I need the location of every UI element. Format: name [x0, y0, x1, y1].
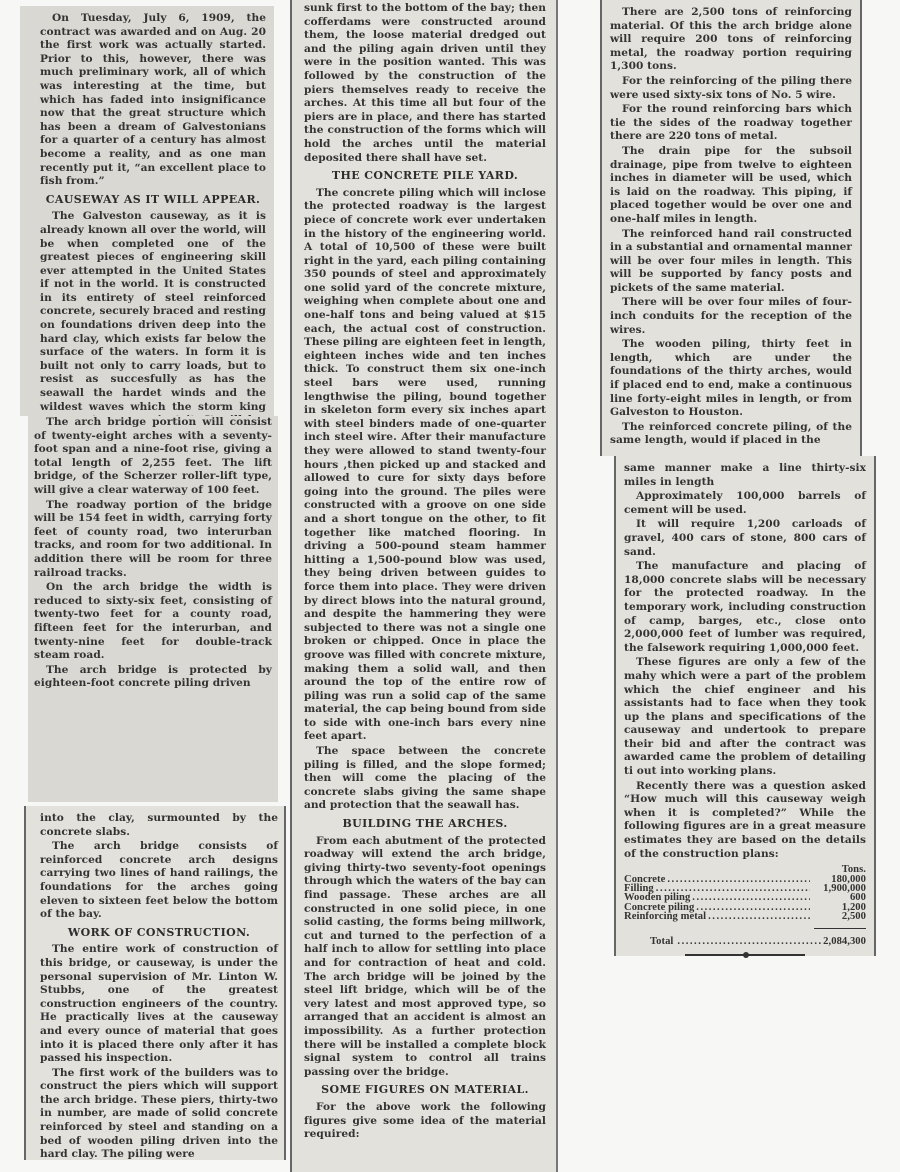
weight-table-total-row: Total ..................................…	[624, 935, 866, 948]
paragraph: The first work of the builders was to co…	[40, 1067, 278, 1162]
end-of-article-rule	[685, 954, 805, 956]
column-2-clipping: sunk first to the bottom of the bay; the…	[290, 0, 558, 1172]
paragraph: The arch bridge portion will consist of …	[34, 416, 272, 498]
material-tons: 2,500	[810, 912, 866, 921]
paragraph: Approximately 100,000 barrels of cement …	[624, 490, 866, 517]
total-value: 2,084,300	[823, 935, 866, 948]
material-label: Reinforcing metal	[624, 912, 706, 921]
paragraph: into the clay, surmounted by the concret…	[40, 812, 278, 839]
column-1-clipping-a: On Tuesday, July 6, 1909, the contract w…	[20, 6, 274, 416]
paragraph: same manner make a line thirty-six miles…	[624, 462, 866, 489]
section-heading: SOME FIGURES ON MATERIAL.	[304, 1083, 546, 1097]
paragraph: The concrete piling which will inclose t…	[304, 187, 546, 744]
paragraph: For the round reinforcing bars which tie…	[610, 103, 852, 144]
paragraph: The space between the concrete piling is…	[304, 745, 546, 813]
leader-dots: ........................................…	[694, 903, 810, 912]
column-1-clipping-c: into the clay, surmounted by the concret…	[24, 806, 286, 1160]
weight-table-row: Reinforcing metal.......................…	[624, 912, 866, 921]
paragraph: The manufacture and placing of 18,000 co…	[624, 560, 866, 655]
paragraph: Recently there was a question asked “How…	[624, 780, 866, 862]
column-3-clipping-a: There are 2,500 tons of reinforcing mate…	[600, 0, 862, 456]
leader-dots: ........................................…	[665, 875, 810, 884]
weight-table-rows: Concrete................................…	[624, 875, 866, 922]
total-label: Total	[650, 935, 673, 948]
paragraph: From each abutment of the protected road…	[304, 835, 546, 1080]
paragraph: These figures are only a few of the mahy…	[624, 656, 866, 778]
paragraph: The entire work of construction of this …	[40, 943, 278, 1065]
paragraph: For the above work the following figures…	[304, 1101, 546, 1142]
paragraph: On the arch bridge the width is reduced …	[34, 581, 272, 663]
sum-rule	[814, 928, 866, 929]
paragraph: The arch bridge consists of reinforced c…	[40, 840, 278, 922]
leader-dots: ........................................…	[706, 912, 810, 921]
paragraph: There will be over four miles of four-in…	[610, 296, 852, 337]
paragraph: The roadway portion of the bridge will b…	[34, 499, 272, 581]
section-heading: THE CONCRETE PILE YARD.	[304, 169, 546, 183]
column-1-clipping-b: The arch bridge portion will consist of …	[28, 416, 278, 802]
paragraph: It will require 1,200 carloads of gravel…	[624, 518, 866, 559]
paragraph: For the reinforcing of the piling there …	[610, 75, 852, 102]
paragraph: The reinforced concrete piling, of the s…	[610, 421, 852, 448]
section-heading: BUILDING THE ARCHES.	[304, 817, 546, 831]
paragraph: The reinforced hand rail constructed in …	[610, 228, 852, 296]
paragraph: On Tuesday, July 6, 1909, the contract w…	[40, 12, 266, 189]
paragraph: The drain pipe for the subsoil drainage,…	[610, 145, 852, 227]
leader-dots: ......................................	[673, 935, 823, 948]
paragraph: There are 2,500 tons of reinforcing mate…	[610, 6, 852, 74]
weight-table: Tons. Concrete..........................…	[624, 865, 866, 947]
column-3-clipping-b: same manner make a line thirty-six miles…	[614, 456, 876, 956]
leader-dots: ........................................…	[690, 893, 810, 902]
paragraph: sunk first to the bottom of the bay; the…	[304, 2, 546, 165]
paragraph: The arch bridge is protected by eighteen…	[34, 664, 272, 691]
section-heading: CAUSEWAY AS IT WILL APPEAR.	[40, 193, 266, 207]
paragraph: The wooden piling, thirty feet in length…	[610, 338, 852, 420]
section-heading: WORK OF CONSTRUCTION.	[40, 926, 278, 940]
